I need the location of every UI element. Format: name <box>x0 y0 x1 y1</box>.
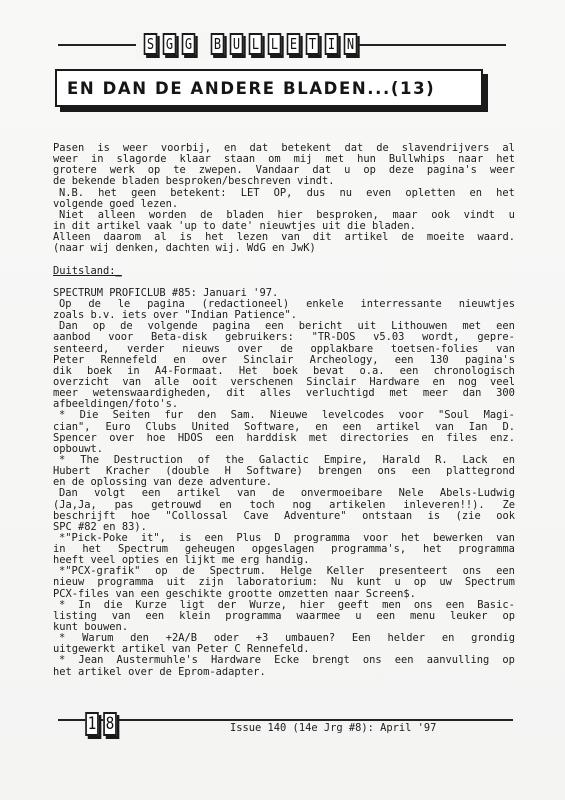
text-line: *JeanAustermuhle'sHardwareEckebrengtonse… <box>53 655 515 666</box>
text-line: *DieSeitenfurdenSam.Nieuwelevelcodesvoor… <box>53 410 515 421</box>
article-body: Pasenisweervoorbij,endatbetekentdatdesla… <box>53 143 515 678</box>
masthead-letter: N <box>344 33 358 55</box>
text-line: SpenceroverhoeHDOSeenharddiskmetdirector… <box>53 433 515 444</box>
masthead-letter: E <box>287 33 301 55</box>
text-line: aanbodvoorBeta-diskgebruikers:"TR-DOSv5.… <box>53 332 515 343</box>
page-number-badge: 18 <box>84 712 118 736</box>
text-line: het artikel over de Eprom-adapter. <box>53 667 515 678</box>
issue-info: Issue 140 (14e Jrg #8): April '97 <box>230 722 436 734</box>
masthead-letter: G <box>163 33 177 55</box>
masthead-letter: L <box>268 33 282 55</box>
page-number-digit: 1 <box>85 712 99 736</box>
masthead-logo: SGGBULLETIN <box>142 33 359 55</box>
text-line: cian",EuroClubsUnitedSoftware,eneenartik… <box>53 422 515 433</box>
masthead-letter: B <box>211 33 225 55</box>
masthead-letter: L <box>249 33 263 55</box>
text-line: nieuwprogrammauitzijnlaboratorium:Nukunt… <box>53 577 515 588</box>
text-line: DanvolgteenartikelvandeonvermoeibareNele… <box>53 488 515 499</box>
masthead-letter: T <box>306 33 320 55</box>
page-number-digit: 8 <box>103 712 117 736</box>
text-line: (naar wij denken, dachten wij. WdG en Jw… <box>53 243 515 254</box>
footer-rule <box>58 719 513 721</box>
masthead-letter: G <box>182 33 196 55</box>
text-line: (Ja,Ja,pasgetrouwdentochnogartikeleninle… <box>53 500 515 511</box>
masthead-letter: U <box>230 33 244 55</box>
masthead-word: BULLETIN <box>209 33 359 55</box>
masthead-letter: S <box>144 33 158 55</box>
text-line: de bekende bladen besproken/beschreven v… <box>53 176 515 187</box>
text-line <box>53 254 515 265</box>
text-line: senteerd,verdernieuwsoverdeopplakbaretoe… <box>53 344 515 355</box>
section-heading: Duitsland:_ <box>53 266 515 277</box>
article-title-box: EN DAN DE ANDERE BLADEN...(13) <box>55 69 483 107</box>
masthead-word: SGG <box>142 33 197 55</box>
article-title: EN DAN DE ANDERE BLADEN...(13) <box>67 79 435 98</box>
masthead-letter: I <box>325 33 339 55</box>
